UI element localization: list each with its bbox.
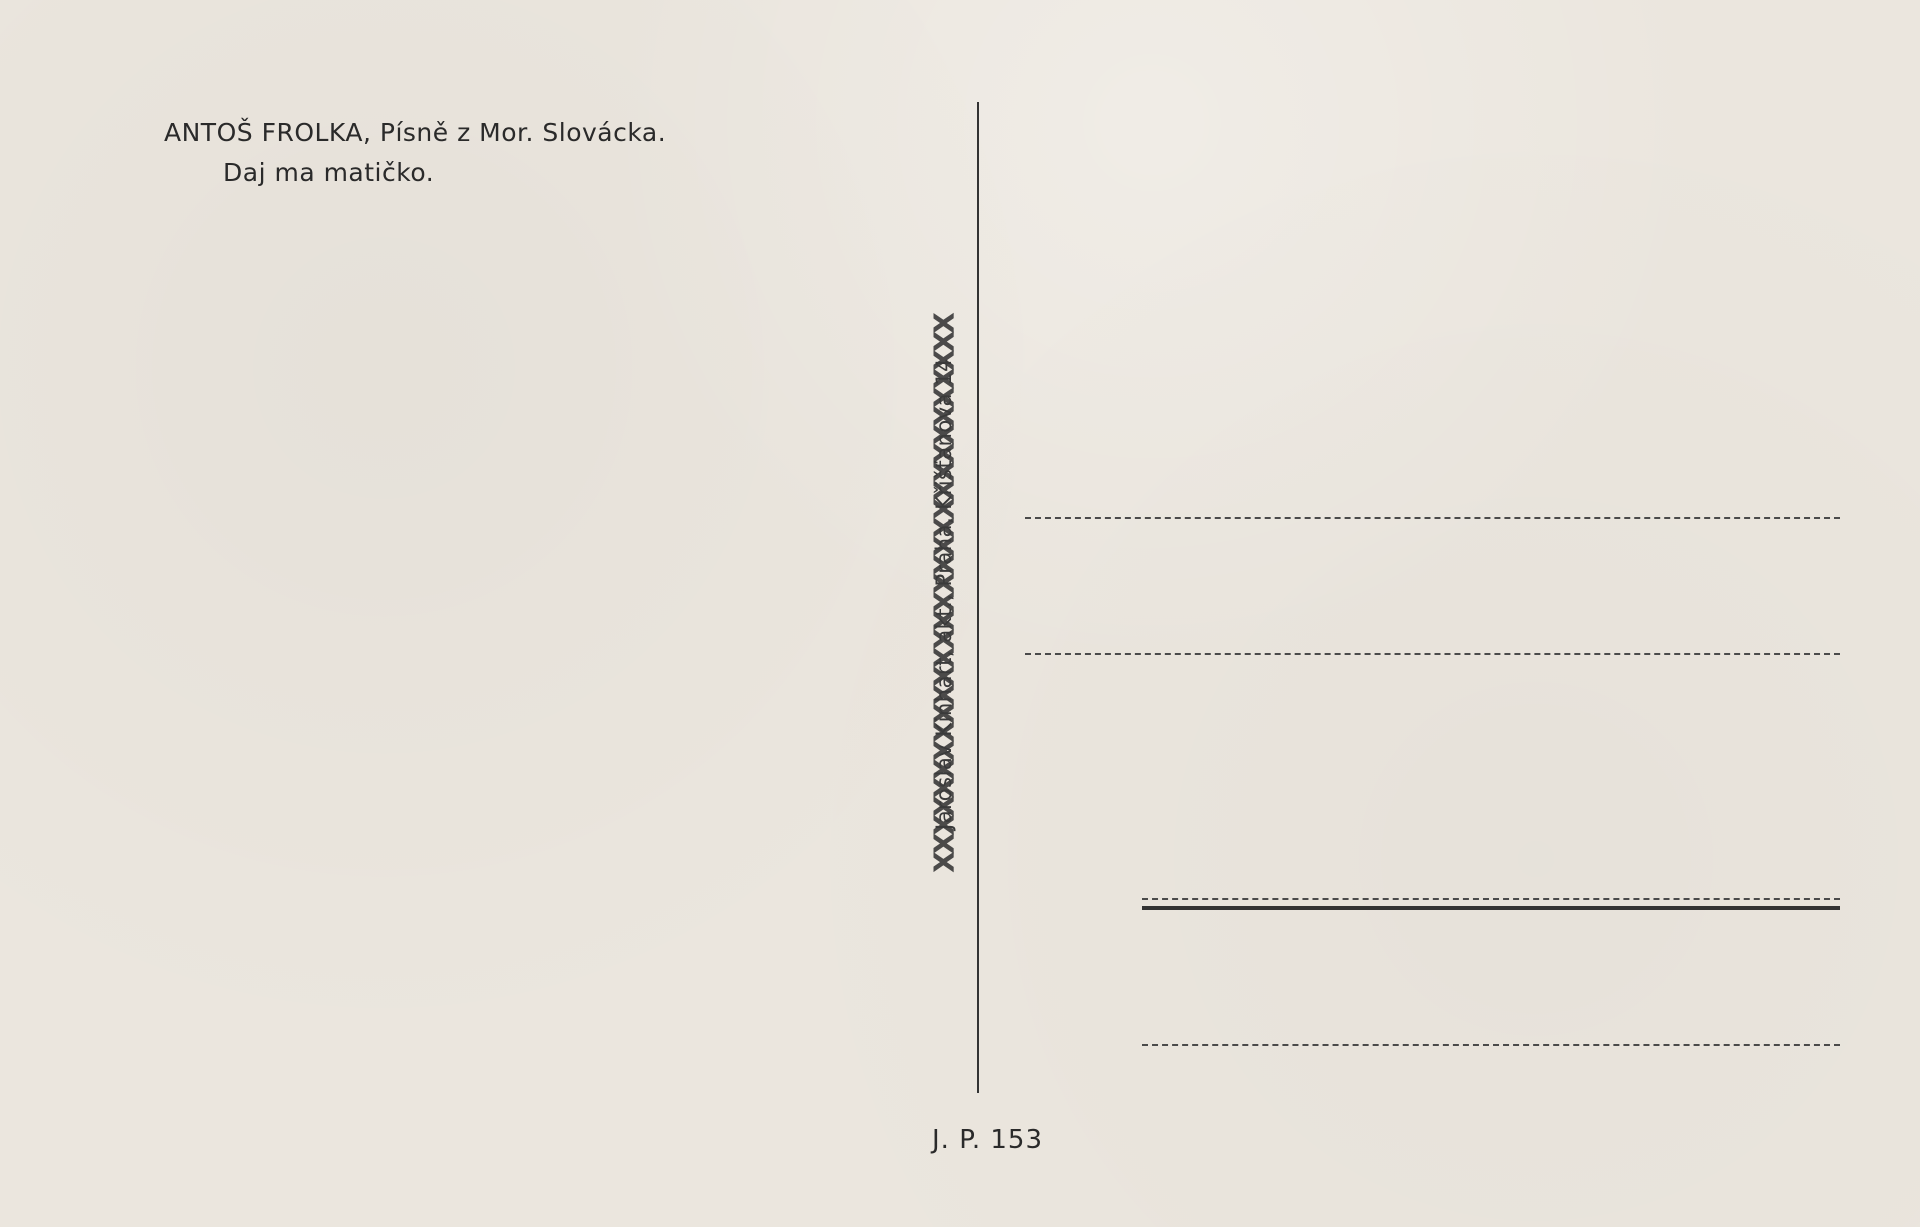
- address-line-3: [1142, 898, 1840, 900]
- series-code: J. P. 153: [932, 1125, 1043, 1155]
- address-line-2: [1025, 653, 1840, 655]
- vertical-divider-line: [977, 102, 979, 1093]
- song-title: Daj ma matičko.: [223, 158, 434, 187]
- address-line-4: [1142, 1044, 1840, 1046]
- song-collection-title: ANTOŠ FROLKA, Písně z Mor. Slovácka.: [164, 118, 666, 147]
- address-line-1: [1025, 517, 1840, 519]
- address-underline-solid: [1142, 906, 1840, 910]
- imprint-overprint-x-marks: XXXXXXXXXXXXXXXXXXXXXXXXXXXXXX: [928, 315, 961, 873]
